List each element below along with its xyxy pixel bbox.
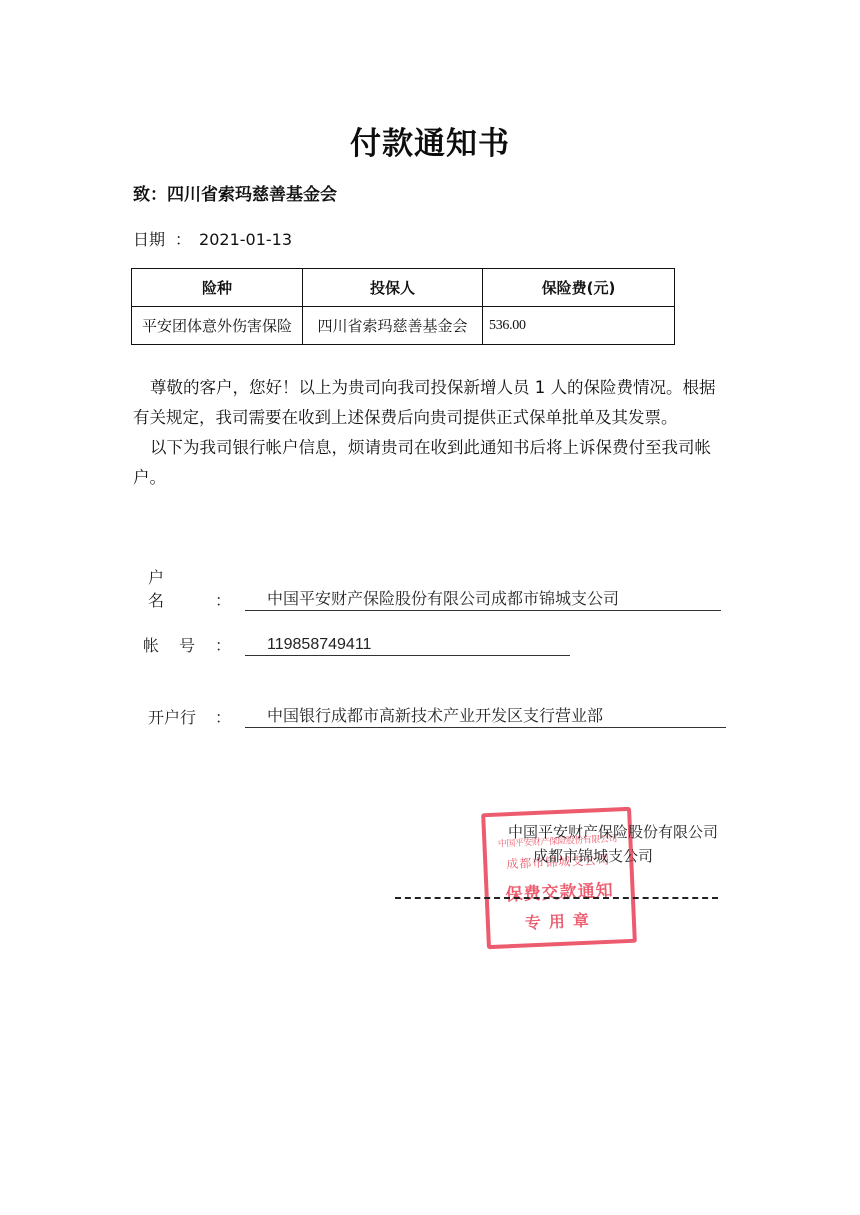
cell-insurance-type: 平安团体意外伤害保险 [132,307,303,345]
premium-table: 险种 投保人 保险费(元) 平安团体意外伤害保险 四川省索玛慈善基金会 536.… [131,268,675,345]
colon: ： [215,705,231,728]
recipient-line: 致：四川省索玛慈善基金会 [133,180,337,205]
date-value: 2021-01-13 [199,230,292,249]
table-row: 平安团体意外伤害保险 四川省索玛慈善基金会 536.00 [132,307,675,345]
account-name-field: 户名 ： 中国平安财产保险股份有限公司成都市锦城支公司 [148,565,721,611]
cell-premium-amount: 536.00 [483,307,675,345]
header-insurance-type: 险种 [132,269,303,307]
account-number-value: 119858749411 [245,636,570,656]
header-policyholder: 投保人 [303,269,483,307]
stamp-seal-label: 专用章 [489,906,632,935]
recipient-label: 致： [133,185,167,205]
signature-dashed-line [395,897,718,899]
signature-company-line2: 成都市锦城支公司 [400,844,718,868]
cell-policyholder: 四川省索玛慈善基金会 [303,307,483,345]
header-premium: 保险费(元) [483,269,675,307]
bank-field: 开户行 ： 中国银行成都市高新技术产业开发区支行营业部 [148,703,726,728]
date-line: 日期：2021-01-13 [133,227,292,250]
date-separator: ： [175,230,191,249]
table-header-row: 险种 投保人 保险费(元) [132,269,675,307]
signature-company: 中国平安财产保险股份有限公司 成都市锦城支公司 [400,820,718,868]
bank-label: 开户行 [148,705,215,728]
recipient-name: 四川省索玛慈善基金会 [167,185,337,205]
date-label: 日期 [133,230,165,249]
document-title: 付款通知书 [0,118,860,163]
signature-company-line1: 中国平安财产保险股份有限公司 [508,823,718,841]
account-name-label: 户名 [148,565,215,611]
account-number-label: 帐号 [143,633,215,656]
stamp-purpose-line: 保费交款通知 [488,875,631,906]
bank-value: 中国银行成都市高新技术产业开发区支行营业部 [245,703,726,728]
colon: ： [215,588,231,611]
notice-paragraph-1: 尊敬的客户，您好！以上为贵司向我司投保新增人员 1 人的保险费情况。根据有关规定… [133,373,723,433]
account-number-field: 帐号 ： 119858749411 [143,633,570,656]
colon: ： [215,633,231,656]
notice-paragraph-2: 以下为我司银行帐户信息，烦请贵司在收到此通知书后将上诉保费付至我司帐户。 [133,433,723,493]
account-name-value: 中国平安财产保险股份有限公司成都市锦城支公司 [245,586,721,611]
